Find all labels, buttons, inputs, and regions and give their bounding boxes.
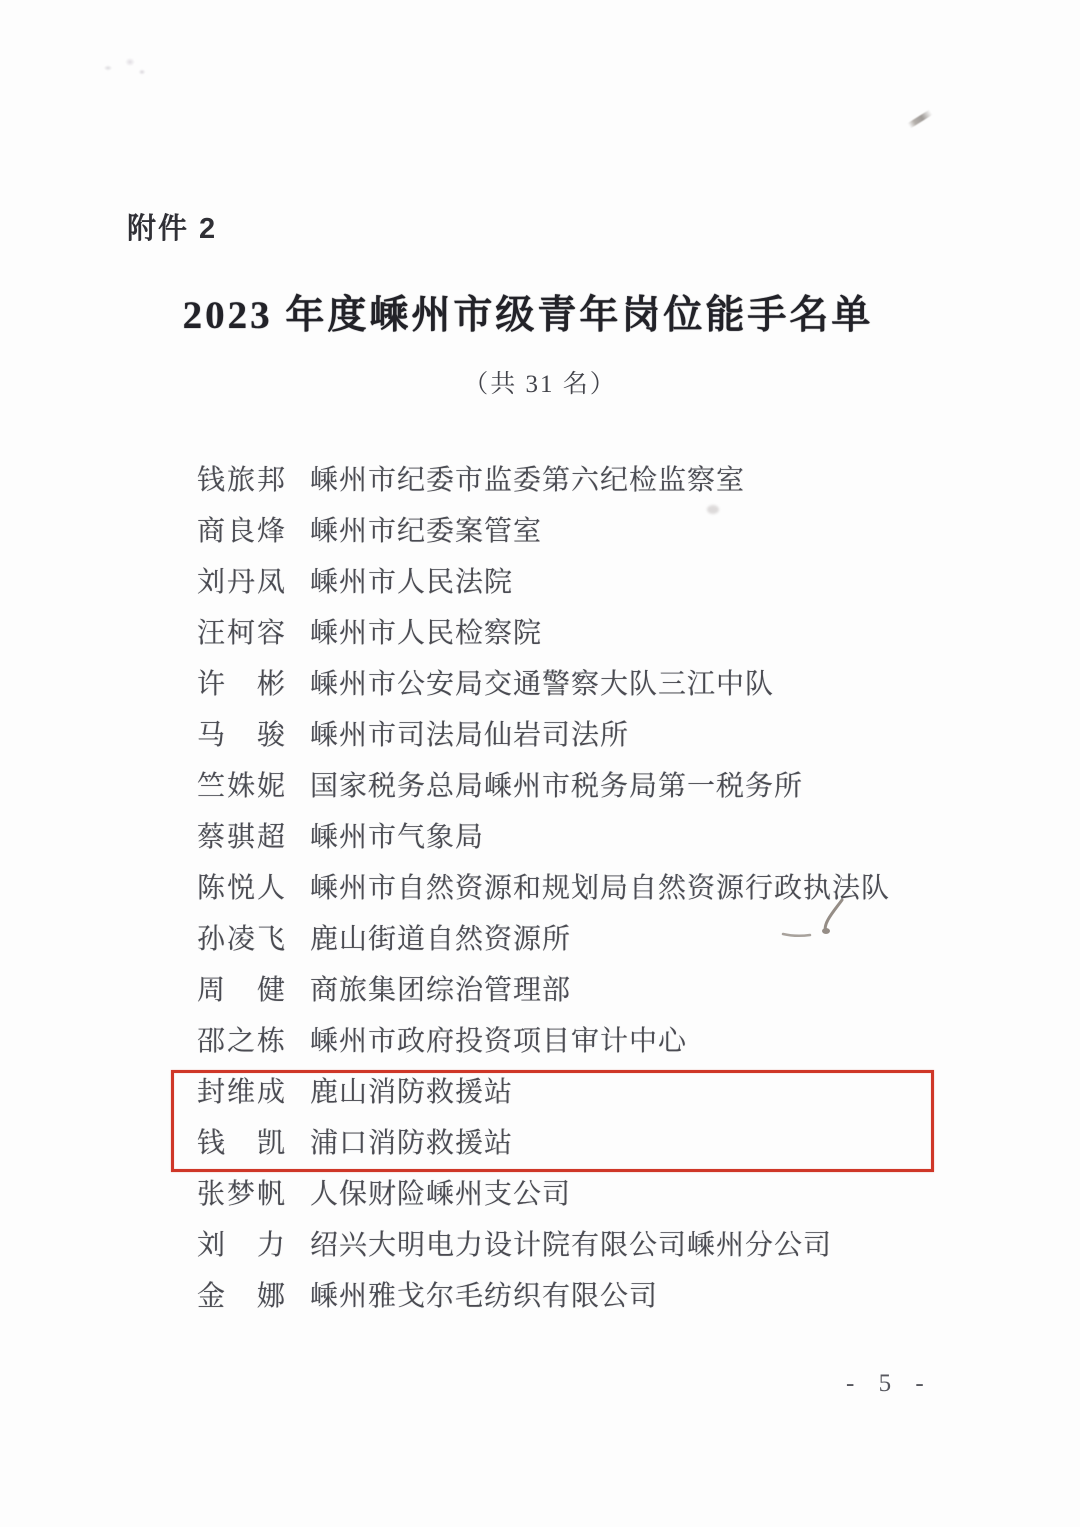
person-name: 许 彬 (197, 662, 295, 702)
list-item: 汪柯容嵊州市人民检察院 (0, 605, 1080, 656)
organization: 嵊州市纪委案管室 (310, 509, 542, 549)
list-item: 孙凌飞鹿山街道自然资源所 (0, 911, 1080, 962)
person-name: 竺姝妮 (197, 764, 295, 804)
person-name: 刘 力 (197, 1223, 295, 1263)
person-name: 商良烽 (197, 509, 295, 549)
person-name: 蔡骐超 (197, 815, 295, 855)
organization: 商旅集团综治管理部 (310, 968, 571, 1008)
organization: 国家税务总局嵊州市税务局第一税务所 (310, 764, 803, 804)
list-item: 蔡骐超嵊州市气象局 (0, 809, 1080, 860)
list-item: 竺姝妮国家税务总局嵊州市税务局第一税务所 (0, 758, 1080, 809)
person-name: 钱旅邦 (197, 458, 295, 498)
person-name: 陈悦人 (197, 866, 295, 906)
person-name: 邵之栋 (197, 1019, 295, 1059)
entries-list: 钱旅邦嵊州市纪委市监委第六纪检监察室商良烽嵊州市纪委案管室刘丹凤嵊州市人民法院汪… (0, 452, 1080, 1319)
document-title: 2023 年度嵊州市级青年岗位能手名单 (0, 284, 1056, 340)
page-number: - 5 - (846, 1370, 966, 1398)
list-item: 陈悦人嵊州市自然资源和规划局自然资源行政执法队 (0, 860, 1080, 911)
list-item: 钱旅邦嵊州市纪委市监委第六纪检监察室 (0, 452, 1080, 503)
list-item: 刘丹凤嵊州市人民法院 (0, 554, 1080, 605)
organization: 嵊州市政府投资项目审计中心 (310, 1019, 687, 1059)
organization: 人保财险嵊州支公司 (310, 1172, 571, 1212)
person-name: 汪柯容 (197, 611, 295, 651)
organization: 嵊州市司法局仙岩司法所 (310, 713, 629, 753)
person-name: 张梦帆 (197, 1172, 295, 1212)
list-item: 周 健商旅集团综治管理部 (0, 962, 1080, 1013)
list-item: 张梦帆人保财险嵊州支公司 (0, 1166, 1080, 1217)
organization: 嵊州市公安局交通警察大队三江中队 (310, 662, 774, 702)
scan-dash-artifact (907, 110, 932, 129)
organization: 嵊州市人民法院 (310, 560, 513, 600)
person-name: 马 骏 (197, 713, 295, 753)
list-item: 马 骏嵊州市司法局仙岩司法所 (0, 707, 1080, 758)
document-subtitle: （共 31 名） (0, 364, 1080, 400)
person-name: 金 娜 (197, 1274, 295, 1314)
list-item: 金 娜嵊州雅戈尔毛纺织有限公司 (0, 1268, 1080, 1319)
organization: 嵊州雅戈尔毛纺织有限公司 (310, 1274, 658, 1314)
organization: 嵊州市人民检察院 (310, 611, 542, 651)
scan-smudge-artifact (96, 50, 154, 80)
person-name: 刘丹凤 (197, 560, 295, 600)
list-item: 刘 力绍兴大明电力设计院有限公司嵊州分公司 (0, 1217, 1080, 1268)
attachment-label: 附件 2 (127, 206, 217, 247)
list-item: 邵之栋嵊州市政府投资项目审计中心 (0, 1013, 1080, 1064)
person-name: 孙凌飞 (197, 917, 295, 957)
pen-squiggle-artifact (780, 895, 860, 943)
highlight-box (171, 1070, 934, 1172)
list-item: 商良烽嵊州市纪委案管室 (0, 503, 1080, 554)
organization: 嵊州市气象局 (310, 815, 484, 855)
person-name: 周 健 (197, 968, 295, 1008)
organization: 嵊州市纪委市监委第六纪检监察室 (310, 458, 745, 498)
organization: 鹿山街道自然资源所 (310, 917, 571, 957)
list-item: 许 彬嵊州市公安局交通警察大队三江中队 (0, 656, 1080, 707)
scanned-document-page: 附件 2 2023 年度嵊州市级青年岗位能手名单 （共 31 名） 钱旅邦嵊州市… (0, 0, 1080, 1527)
organization: 绍兴大明电力设计院有限公司嵊州分公司 (310, 1223, 832, 1263)
